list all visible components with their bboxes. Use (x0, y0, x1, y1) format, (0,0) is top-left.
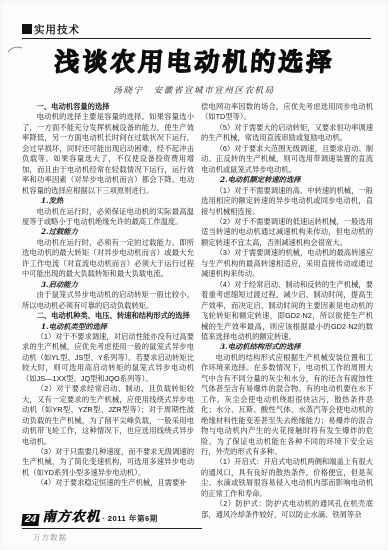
issue-label: · 2011 年第6期 (102, 514, 158, 523)
page-number: 24 (21, 514, 39, 526)
paragraph: （4）对于要求稳定恒速的生产机械，且需要补 (22, 478, 194, 488)
paragraph: （3）对于只需要几种速度，而不要求无级调速的生产机械，为了简化变速机构，可选用多… (22, 447, 194, 478)
category-label: 实用技术 (34, 24, 80, 36)
paragraph: （2）对于不需要调速的低速运转机械，一般选用适当转速的电动机通过减速机构来传动，… (201, 217, 373, 248)
paragraph: 电动机的选择主要是容量的选择。如果容量选小了，一方面不能充分发挥机械设备的能力，… (22, 112, 194, 196)
paragraph: 电动机的结构形式应根据生产机械安装位置和工作环境来选择。在多数情况下，电动机工作… (201, 353, 373, 458)
section-heading: 1.发热 (22, 196, 194, 206)
section-heading: 1.电动机类型的选择 (22, 322, 194, 332)
section-heading: 3.启动能力 (22, 280, 194, 290)
paragraph: （1）对于不要求调速，对启动性能亦没有过高要求的生产机械，应优先考虑使用一般的鼠… (22, 332, 194, 384)
paragraph: （5）对于需要大的启动转矩，又要求恒功率调速的生产机械，常选用直流串励或复励电动… (201, 123, 373, 144)
section-heading: 3.电动机结构形式的选择 (201, 342, 373, 352)
black-square-icon (22, 24, 32, 34)
page-footer: 24南方农机· 2011 年第6期 (22, 505, 202, 529)
section-heading: 2.过载能力 (22, 227, 194, 237)
paragraph: （6）对于要求大范围无级调速，且要求启动、制动、正反转的生产机械，则可选用带调速… (201, 144, 373, 175)
paragraph: （1）开启式：开启式电动机两侧和端盖上有很大的通风口，具有良好的散热条件，价格便… (201, 457, 373, 499)
category-header: 实用技术 (22, 23, 371, 39)
paragraph: 电动机在运行时，必须保证电动机的实际最高温度等于或略小于电动机绝缘允许的最高工作… (22, 207, 194, 228)
paragraph: 由于鼠笼式异步电动机的启动转矩一般比较小，所以电动机必须有可靠的启动负载转矩。 (22, 290, 194, 311)
left-column: 一、电动机容量的选择电动机的选择主要是容量的选择。如果容量选小了，一方面不能充分… (22, 102, 194, 520)
paragraph: （1）对于不需要调速的高、中转速的机械，一般选用相应的额定转速的异步电动机或同步… (201, 186, 373, 217)
section-heading: 一、电动机容量的选择 (22, 102, 194, 112)
article-title: 浅谈农用电动机的选择 (0, 42, 388, 78)
paragraph: 偿电网功率因数的场合，应优先考虑选用同步电动机（如TD型等）。 (201, 102, 373, 123)
right-column: 偿电网功率因数的场合，应优先考虑选用同步电动机（如TD型等）。（5）对于需要大的… (201, 102, 373, 520)
article-body: 一、电动机容量的选择电动机的选择主要是容量的选择。如果容量选小了，一方面不能充分… (22, 102, 373, 520)
paragraph: （2）防护式：防护式电动机的通风孔在机壳底部，通风冷却条件较好，可以防止水滴、铁… (201, 499, 373, 520)
journal-name: 南方农机 (42, 509, 100, 525)
watermark: 万方数据 (33, 532, 67, 543)
paragraph: （3）对于需要调速的机械，电动机的最高转速应与生产机构的最高转速相适应，采用直接… (201, 248, 373, 279)
article-byline: 汤晓宁 安徽省宣城市宣州区农机局 (0, 84, 388, 96)
scanned-journal-page: 实用技术 浅谈农用电动机的选择 汤晓宁 安徽省宣城市宣州区农机局 一、电动机容量… (0, 0, 388, 550)
section-heading: 二、电动机种类、电压、转速和结构形式的选择 (22, 311, 194, 321)
paragraph: （2）对于要求经常启动、制动、且负载转矩较大，又有一定要求的生产机械，应使用线绕… (22, 384, 194, 447)
paragraph: （4）对于经常启动、制动和反转的生产机械，要着重考虑缩短过渡过程，减少启、制动时… (201, 280, 373, 343)
section-heading: 2.电动机额定转速的选择 (201, 175, 373, 185)
paragraph: 电动机在运行时，必须有一定的过载能力。即所选电动机的最大转矩（对异步电动机而言）… (22, 238, 194, 280)
